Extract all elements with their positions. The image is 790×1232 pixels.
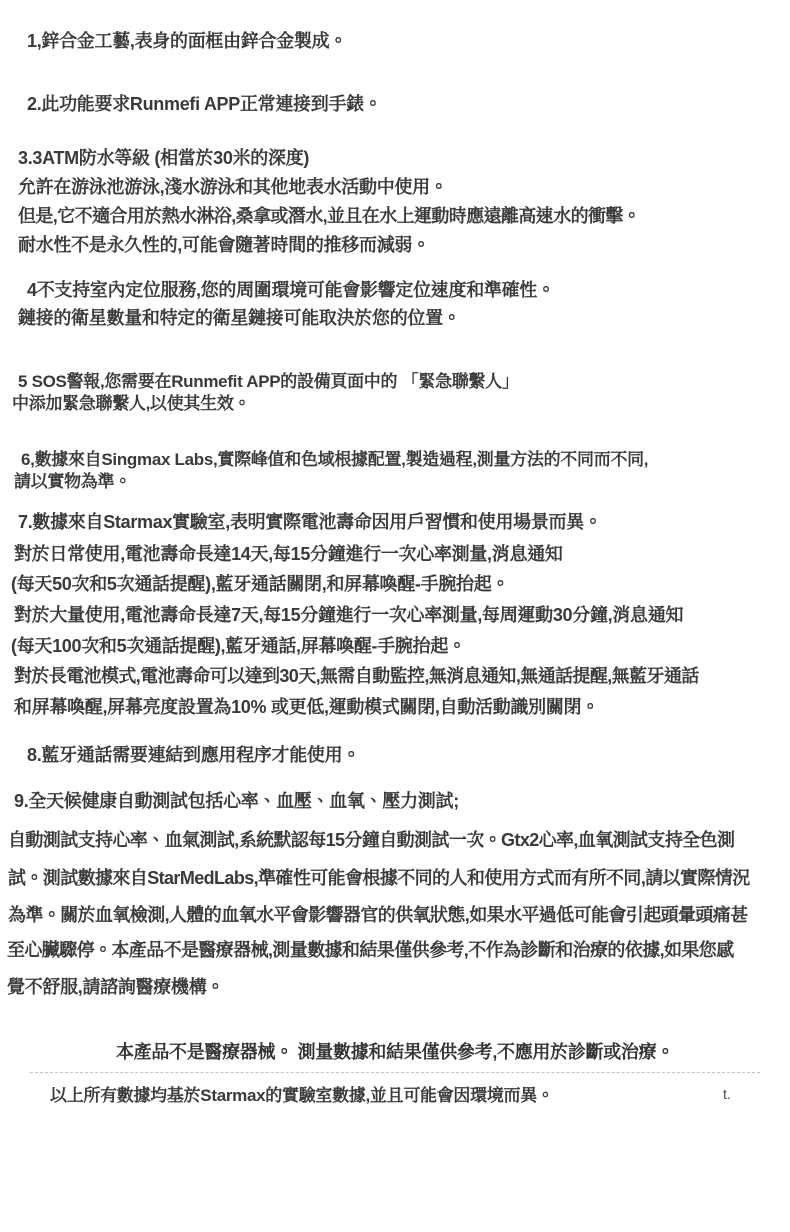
note-line: 允許在游泳池游泳,淺水游泳和其他地表水活動中使用。 [18, 177, 448, 197]
note-line: (每天100次和5次通話提醒),藍牙通話,屏幕喚醒-手腕抬起。 [11, 636, 466, 656]
note-line: 2.此功能要求Runmefi APP正常連接到手錶。 [27, 94, 382, 114]
note-line: 自動測試支持心率、血氣測試,系統默認每15分鐘自動測試一次。Gtx2心率,血氧測… [8, 830, 734, 850]
note-line: 覺不舒服,請諮詢醫療機構。 [7, 977, 224, 997]
lab-data-disclaimer: 以上所有數據均基於Starmax的實驗室數據,並且可能會因環境而異。 [50, 1086, 554, 1106]
note-line: (每天50次和5次通話提醒),藍牙通話關閉,和屏幕喚醒-手腕抬起。 [11, 574, 509, 594]
note-line: 1,鋅合金工藝,表身的面框由鋅合金製成。 [27, 31, 347, 51]
note-line: 5 SOS警報,您需要在Runmefit APP的設備頁面中的 「緊急聯繫人」 [18, 372, 519, 392]
note-line: 耐水性不是永久性的,可能會隨著時間的推移而減弱。 [18, 235, 430, 255]
note-line: 為準。關於血氧檢測,人體的血氧水平會影響器官的供氧狀態,如果水平過低可能會引起頭… [8, 905, 748, 925]
divider-line [30, 1072, 760, 1073]
note-line: 4不支持室內定位服務,您的周圍環境可能會影響定位速度和準確性。 [27, 280, 555, 300]
note-line: 請以實物為準。 [14, 472, 131, 492]
note-line: 中添加緊急聯繫人,以使其生效。 [12, 394, 250, 414]
note-line: 但是,它不適合用於熱水淋浴,桑拿或潛水,並且在水上運動時應遠離高速水的衝擊。 [18, 206, 640, 226]
note-line: 對於長電池模式,電池壽命可以達到30天,無需自動監控,無消息通知,無通話提醒,無… [14, 666, 699, 686]
note-line: 對於大量使用,電池壽命長達7天,每15分鐘進行一次心率測量,每周運動30分鐘,消… [14, 605, 683, 625]
stray-mark: t. [723, 1086, 731, 1102]
note-line: 對於日常使用,電池壽命長達14天,每15分鐘進行一次心率測量,消息通知 [14, 544, 563, 564]
note-line: 8.藍牙通話需要連結到應用程序才能使用。 [27, 745, 360, 765]
note-line: 3.3ATM防水等級 (相當於30米的深度) [18, 148, 309, 168]
note-line: 9.全天候健康自動測試包括心率、血壓、血氧、壓力測試; [14, 791, 459, 811]
note-line: 鏈接的衛星數量和特定的衛星鏈接可能取決於您的位置。 [18, 308, 461, 328]
note-line: 至心臟驟停。本產品不是醫療器械,測量數據和結果僅供參考,不作為診斷和治療的依據,… [7, 940, 734, 960]
medical-device-notice: 本產品不是醫療器械。 測量數據和結果僅供參考,不應用於診斷或治療。 [0, 1038, 790, 1064]
note-line: 和屏幕喚醒,屏幕亮度設置為10% 或更低,運動模式關閉,自動活動識別關閉。 [14, 697, 599, 717]
note-line: 試。測試數據來自StarMedLabs,準確性可能會根據不同的人和使用方式而有所… [8, 868, 750, 888]
disclaimer-document: 1,鋅合金工藝,表身的面框由鋅合金製成。 2.此功能要求Runmefi APP正… [0, 0, 790, 1232]
note-line: 6,數據來自Singmax Labs,實際峰值和色域根據配置,製造過程,測量方法… [21, 450, 648, 470]
note-line: 7.數據來自Starmax實驗室,表明實際電池壽命因用戶習慣和使用場景而異。 [18, 512, 602, 532]
